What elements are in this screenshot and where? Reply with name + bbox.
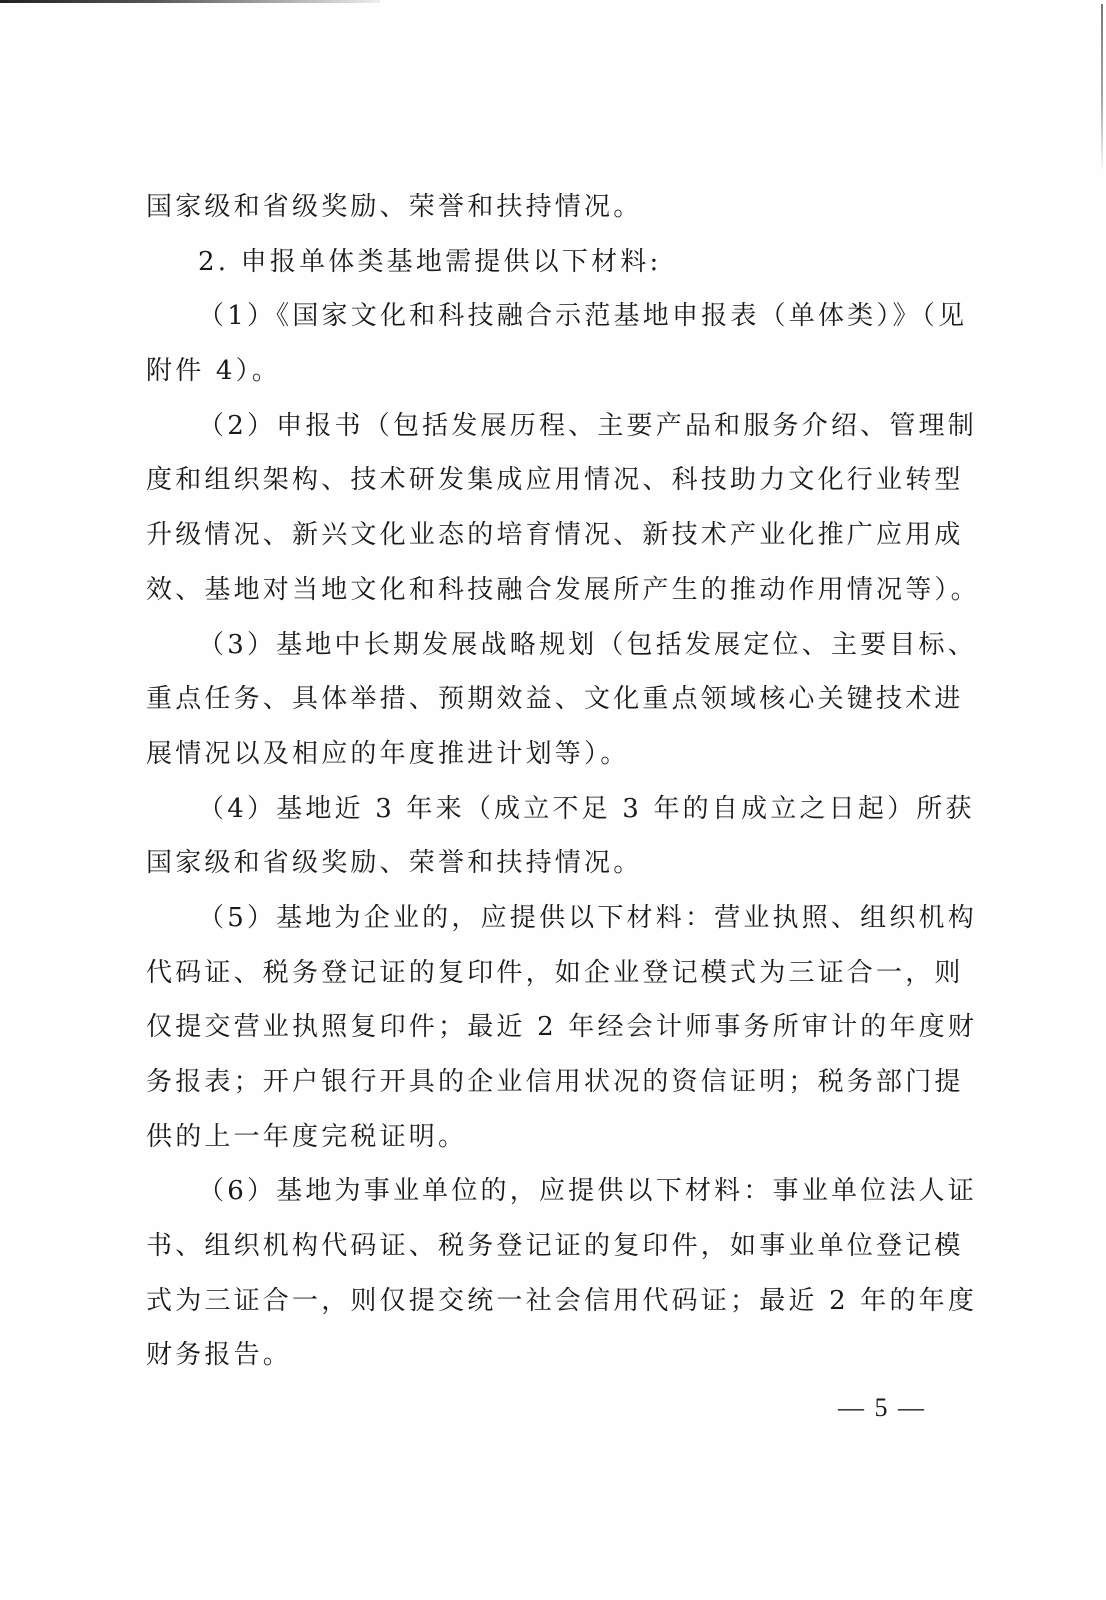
text-line: 式为三证合一，则仅提交统一社会信用代码证；最近 2 年的年度 — [146, 1274, 956, 1329]
text-line: 财务报告。 — [146, 1328, 956, 1383]
document-body: 国家级和省级奖励、荣誉和扶持情况。 2. 申报单体类基地需提供以下材料: （1）… — [146, 180, 956, 1383]
text-line: 附件 4）。 — [146, 344, 956, 399]
text-line: 仅提交营业执照复印件；最近 2 年经会计师事务所审计的年度财 — [146, 1000, 956, 1055]
page-number: — 5 — — [838, 1393, 926, 1423]
text-line: 务报表；开户银行开具的企业信用状况的资信证明；税务部门提 — [146, 1055, 956, 1110]
text-line: 书、组织机构代码证、税务登记证的复印件，如事业单位登记模 — [146, 1219, 956, 1274]
text-line: 国家级和省级奖励、荣誉和扶持情况。 — [146, 836, 956, 891]
text-line: 重点任务、具体举措、预期效益、文化重点领域核心关键技术进 — [146, 672, 956, 727]
section-heading-2: 2. 申报单体类基地需提供以下材料: — [146, 235, 956, 290]
text-line: 度和组织架构、技术研发集成应用情况、科技助力文化行业转型 — [146, 453, 956, 508]
scan-edge-top — [0, 0, 380, 3]
list-item-1: （1）《国家文化和科技融合示范基地申报表（单体类）》（见 — [146, 289, 956, 344]
list-item-6: （6）基地为事业单位的，应提供以下材料：事业单位法人证 — [146, 1164, 956, 1219]
list-item-4: （4）基地近 3 年来（成立不足 3 年的自成立之日起）所获 — [146, 782, 956, 837]
text-line: 国家级和省级奖励、荣誉和扶持情况。 — [146, 180, 956, 235]
text-line: 效、基地对当地文化和科技融合发展所产生的推动作用情况等）。 — [146, 563, 956, 618]
list-item-3: （3）基地中长期发展战略规划（包括发展定位、主要目标、 — [146, 618, 956, 673]
text-line: 代码证、税务登记证的复印件，如企业登记模式为三证合一，则 — [146, 946, 956, 1001]
text-line: 升级情况、新兴文化业态的培育情况、新技术产业化推广应用成 — [146, 508, 956, 563]
list-item-5: （5）基地为企业的，应提供以下材料：营业执照、组织机构 — [146, 891, 956, 946]
text-line: 展情况以及相应的年度推进计划等）。 — [146, 727, 956, 782]
list-item-2: （2）申报书（包括发展历程、主要产品和服务介绍、管理制 — [146, 399, 956, 454]
text-line: 供的上一年度完税证明。 — [146, 1110, 956, 1165]
scan-edge-right — [1101, 4, 1103, 169]
